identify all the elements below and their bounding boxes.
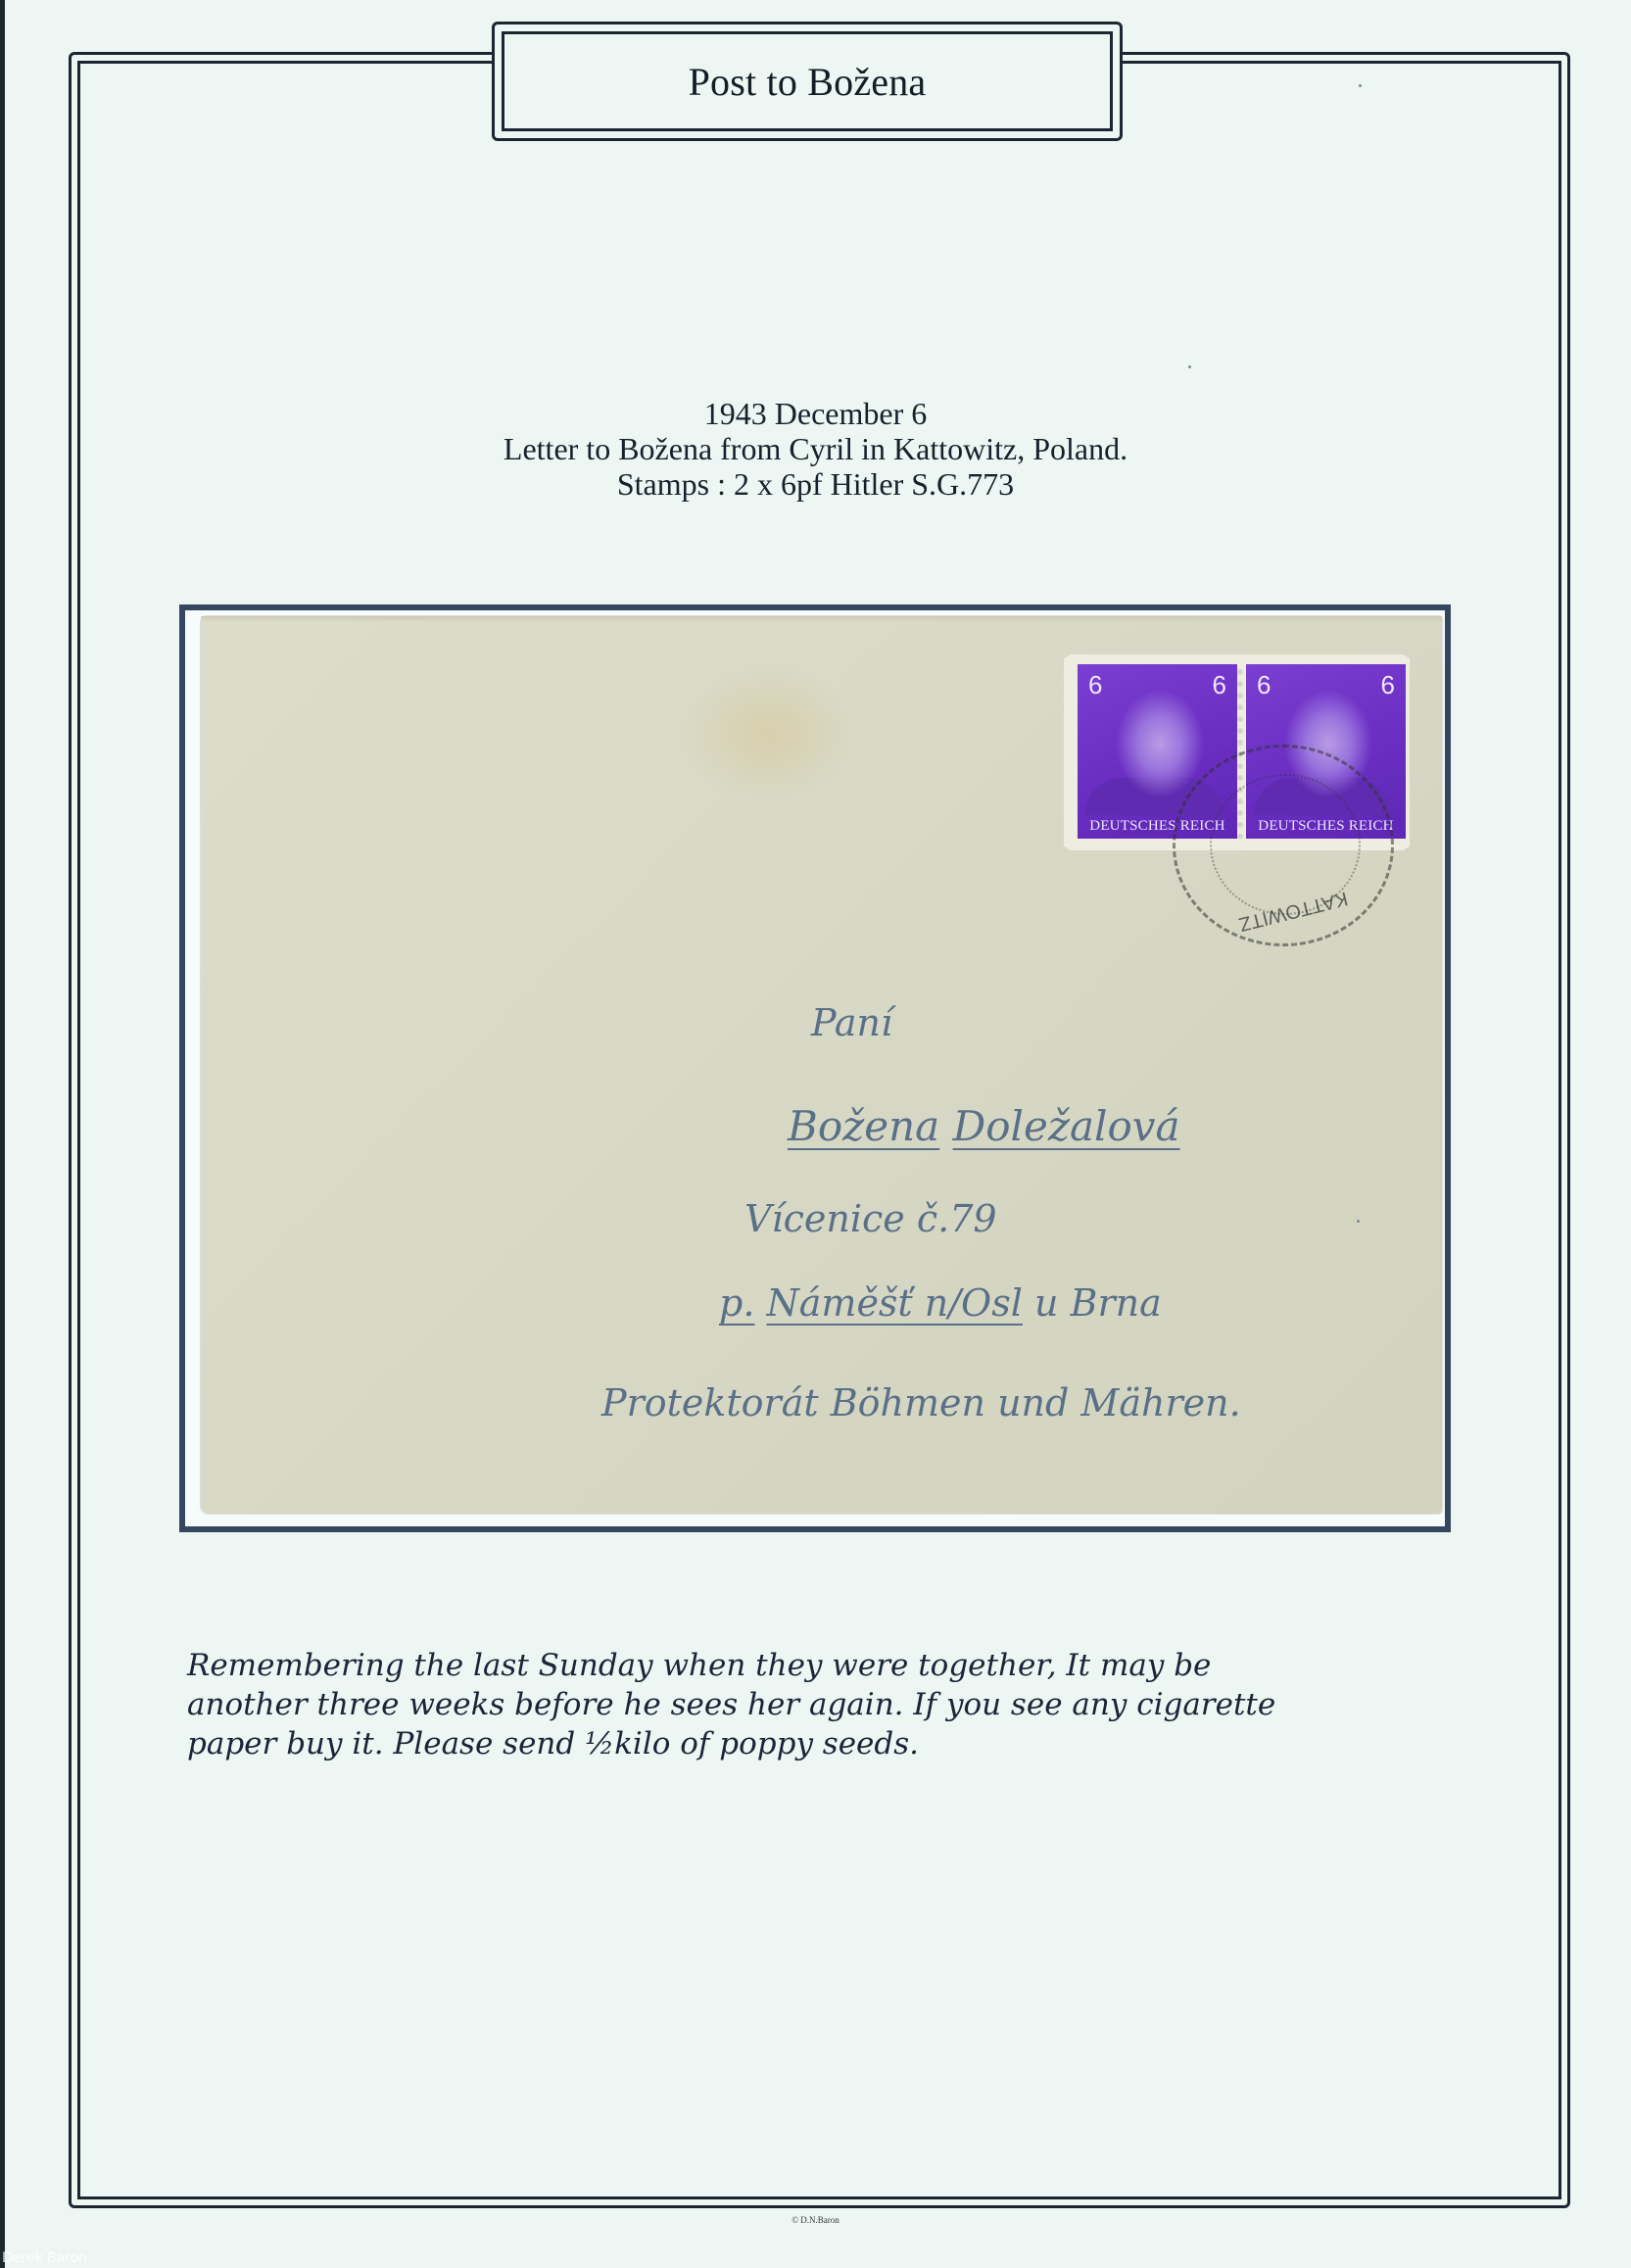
address-street: Vícenice č.79 [744, 1197, 997, 1240]
stamp-denomination: 6 [1213, 670, 1226, 700]
scan-edge [0, 0, 5, 2268]
envelope-top-edge [201, 616, 1442, 622]
title-box-inner: Post to Božena [502, 31, 1113, 131]
letter-summary-note: Remembering the last Sunday when they we… [187, 1646, 1480, 1763]
address-post-suffix: u Brna [1034, 1281, 1162, 1325]
address-recipient: Božena Doležalová [788, 1102, 1180, 1150]
address-post-prefix: p. [719, 1281, 754, 1325]
page-title: Post to Božena [689, 59, 927, 105]
scanner-watermark: Derek Baron [2, 2250, 87, 2266]
stamp-denomination: 6 [1381, 670, 1395, 700]
caption-description: Letter to Božena from Cyril in Kattowitz… [0, 431, 1631, 466]
address-salutation: Paní [811, 1001, 892, 1044]
paper-speck [1188, 365, 1191, 368]
copyright-notice: © D.N.Baron [0, 2215, 1631, 2225]
note-line: another three weeks before he sees her a… [187, 1685, 1480, 1724]
address-last-name: Doležalová [953, 1102, 1180, 1150]
address-first-name: Božena [788, 1102, 939, 1150]
paper-speck [1359, 84, 1362, 87]
note-line: paper buy it. Please send ½kilo of poppy… [187, 1724, 1480, 1763]
address-post-office: p. Náměšť n/Osl u Brna [719, 1281, 1162, 1325]
cover-caption: 1943 December 6 Letter to Božena from Cy… [0, 396, 1631, 502]
address-region: Protektorát Böhmen und Mähren. [601, 1381, 1241, 1424]
paper-speck [1357, 1220, 1360, 1223]
stamp-denomination: 6 [1257, 670, 1271, 700]
note-line: Remembering the last Sunday when they we… [187, 1646, 1480, 1685]
title-box: Post to Božena [492, 22, 1123, 141]
address-post-town: Náměšť n/Osl [767, 1281, 1023, 1325]
stamp-denomination: 6 [1088, 670, 1102, 700]
caption-date: 1943 December 6 [0, 396, 1631, 431]
caption-stamps: Stamps : 2 x 6pf Hitler S.G.773 [0, 466, 1631, 502]
